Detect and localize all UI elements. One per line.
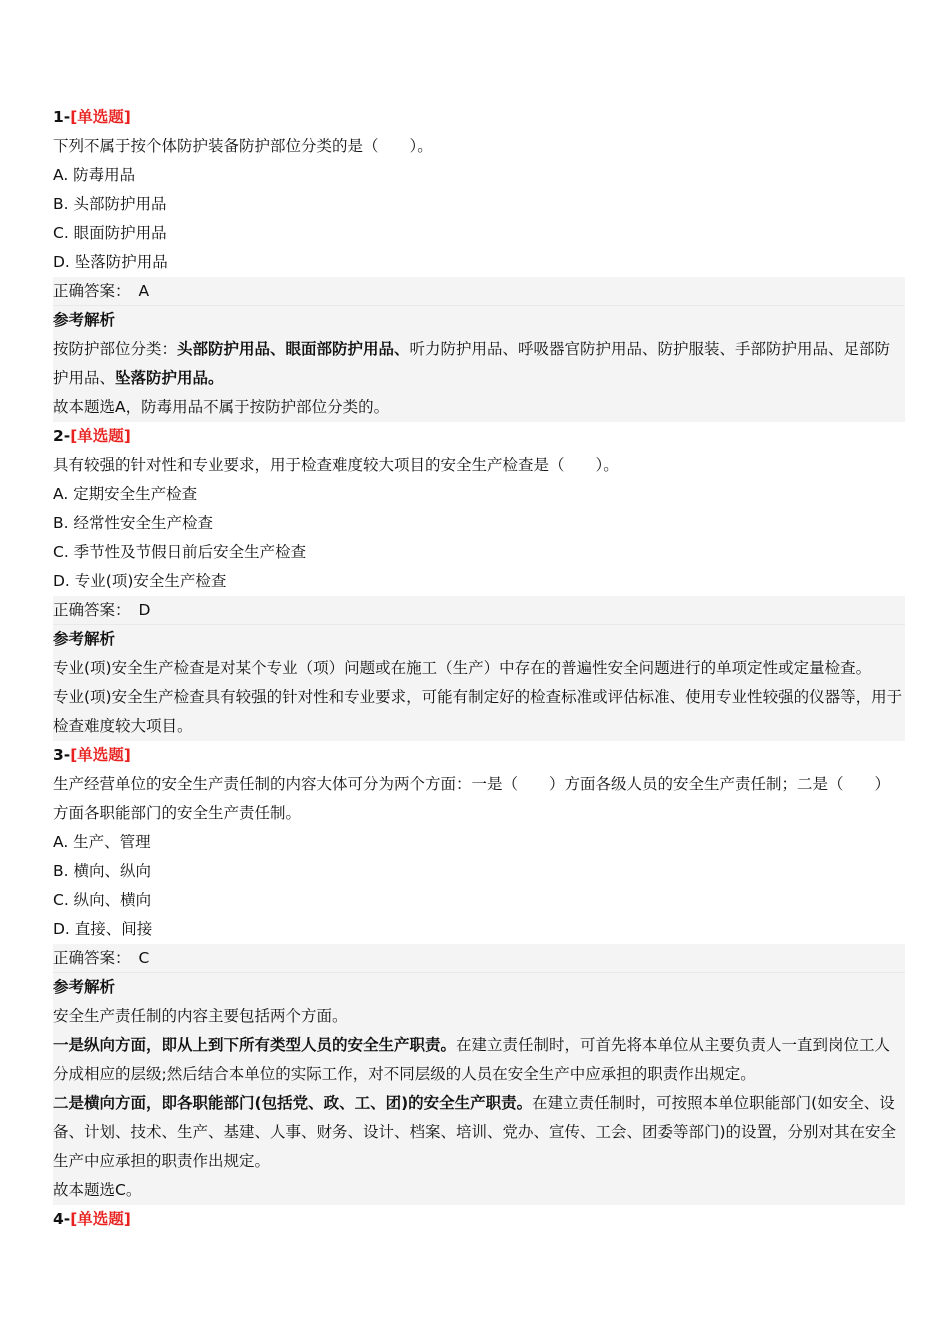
analysis-text: 故本题选A，防毒用品不属于按防护部位分类的。 (53, 398, 389, 416)
option-b[interactable]: B. 头部防护用品 (53, 190, 905, 219)
analysis-text: 安全生产责任制的内容主要包括两个方面。 (53, 1007, 348, 1025)
analysis-text: 按防护部位分类： (53, 340, 177, 358)
analysis-paragraph: 安全生产责任制的内容主要包括两个方面。 (53, 1002, 905, 1031)
correct-answer-row: 正确答案：A (53, 277, 905, 306)
option-d[interactable]: D. 专业(项)安全生产检查 (53, 567, 905, 596)
option-a[interactable]: A. 防毒用品 (53, 161, 905, 190)
question-header: 3-[单选题] (53, 741, 905, 770)
option-c[interactable]: C. 季节性及节假日前后安全生产检查 (53, 538, 905, 567)
question-header: 2-[单选题] (53, 422, 905, 451)
question-number: 4- (53, 1210, 70, 1228)
analysis-text: 故本题选C。 (53, 1181, 141, 1199)
analysis-text: 专业(项)安全生产检查具有较强的针对性和专业要求，可能有制定好的检查标准或评估标… (53, 688, 902, 735)
option-c[interactable]: C. 纵向、横向 (53, 886, 905, 915)
question-4: 4-[单选题] (53, 1205, 905, 1234)
option-c[interactable]: C. 眼面防护用品 (53, 219, 905, 248)
question-type-badge: [单选题] (70, 427, 131, 445)
question-number: 2- (53, 427, 70, 445)
option-d[interactable]: D. 坠落防护用品 (53, 248, 905, 277)
correct-answer-label: 正确答案： (53, 949, 131, 967)
question-stem: 生产经营单位的安全生产责任制的内容大体可分为两个方面：一是（ ）方面各级人员的安… (53, 770, 905, 828)
correct-answer-value: C (139, 949, 150, 967)
question-type-badge: [单选题] (70, 746, 131, 764)
correct-answer-row: 正确答案：D (53, 596, 905, 625)
question-type-badge: [单选题] (70, 1210, 131, 1228)
analysis-title: 参考解析 (53, 973, 905, 1002)
question-1: 1-[单选题] 下列不属于按个体防护装备防护部位分类的是（ ）。 A. 防毒用品… (53, 103, 905, 422)
question-list: 1-[单选题] 下列不属于按个体防护装备防护部位分类的是（ ）。 A. 防毒用品… (53, 103, 905, 1234)
option-b[interactable]: B. 经常性安全生产检查 (53, 509, 905, 538)
question-3: 3-[单选题] 生产经营单位的安全生产责任制的内容大体可分为两个方面：一是（ ）… (53, 741, 905, 1205)
question-header: 1-[单选题] (53, 103, 905, 132)
question-stem: 下列不属于按个体防护装备防护部位分类的是（ ）。 (53, 132, 905, 161)
analysis-text-bold: 头部防护用品、眼面部防护用品、 (177, 340, 410, 358)
question-2: 2-[单选题] 具有较强的针对性和专业要求，用于检查难度较大项目的安全生产检查是… (53, 422, 905, 741)
analysis-conclusion: 故本题选A，防毒用品不属于按防护部位分类的。 (53, 393, 905, 422)
option-b[interactable]: B. 横向、纵向 (53, 857, 905, 886)
analysis-paragraph: 二是横向方面，即各职能部门(包括党、政、工、团)的安全生产职责。在建立责任制时，… (53, 1089, 905, 1176)
option-a[interactable]: A. 定期安全生产检查 (53, 480, 905, 509)
correct-answer-label: 正确答案： (53, 282, 131, 300)
answer-block: 正确答案：A 参考解析 按防护部位分类：头部防护用品、眼面部防护用品、听力防护用… (53, 277, 905, 422)
option-a[interactable]: A. 生产、管理 (53, 828, 905, 857)
analysis-title: 参考解析 (53, 625, 905, 654)
analysis-title: 参考解析 (53, 306, 905, 335)
analysis-text-bold: 坠落防护用品。 (115, 369, 224, 387)
analysis-paragraph: 专业(项)安全生产检查具有较强的针对性和专业要求，可能有制定好的检查标准或评估标… (53, 683, 905, 741)
correct-answer-value: A (139, 282, 150, 300)
correct-answer-label: 正确答案： (53, 601, 131, 619)
question-header: 4-[单选题] (53, 1205, 905, 1234)
correct-answer-value: D (139, 601, 151, 619)
question-number: 3- (53, 746, 70, 764)
analysis-paragraph: 一是纵向方面，即从上到下所有类型人员的安全生产职责。在建立责任制时，可首先将本单… (53, 1031, 905, 1089)
answer-block: 正确答案：D 参考解析 专业(项)安全生产检查是对某个专业（项）问题或在施工（生… (53, 596, 905, 741)
option-d[interactable]: D. 直接、间接 (53, 915, 905, 944)
analysis-text: 专业(项)安全生产检查是对某个专业（项）问题或在施工（生产）中存在的普遍性安全问… (53, 659, 871, 677)
analysis-text-bold: 一是纵向方面，即从上到下所有类型人员的安全生产职责。 (53, 1036, 456, 1054)
analysis-conclusion: 故本题选C。 (53, 1176, 905, 1205)
analysis-text-bold: 二是横向方面，即各职能部门(包括党、政、工、团)的安全生产职责。 (53, 1094, 532, 1112)
correct-answer-row: 正确答案：C (53, 944, 905, 973)
answer-block: 正确答案：C 参考解析 安全生产责任制的内容主要包括两个方面。 一是纵向方面，即… (53, 944, 905, 1205)
question-type-badge: [单选题] (70, 108, 131, 126)
question-stem: 具有较强的针对性和专业要求，用于检查难度较大项目的安全生产检查是（ ）。 (53, 451, 905, 480)
analysis-paragraph: 专业(项)安全生产检查是对某个专业（项）问题或在施工（生产）中存在的普遍性安全问… (53, 654, 905, 683)
analysis-paragraph: 按防护部位分类：头部防护用品、眼面部防护用品、听力防护用品、呼吸器官防护用品、防… (53, 335, 905, 393)
question-number: 1- (53, 108, 70, 126)
